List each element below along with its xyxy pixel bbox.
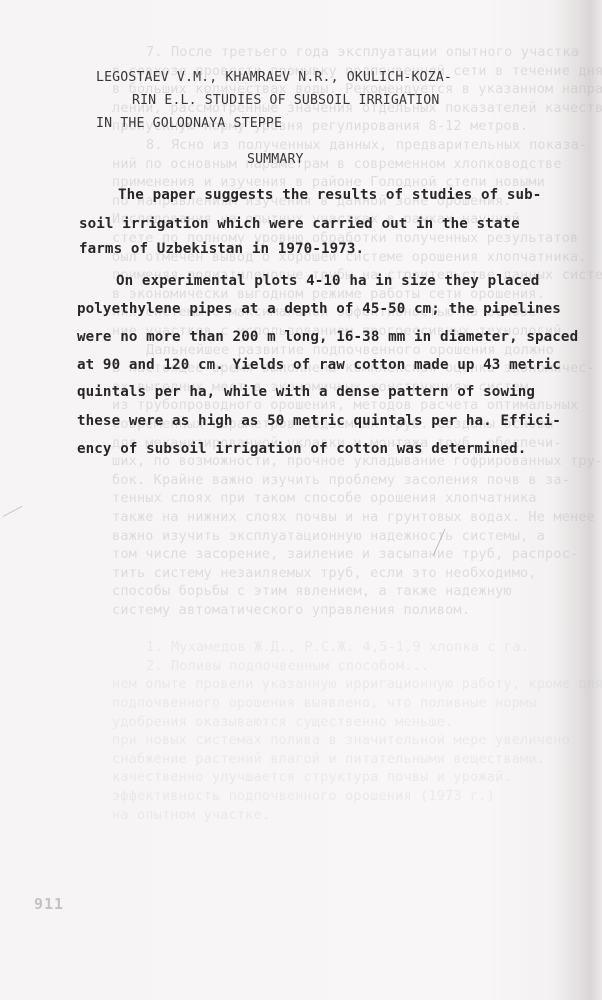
paragraph-line: On experimental plots 4-10 ha in size th… — [116, 273, 539, 289]
bleed-through-line: эффективность подпочвенного орошения (19… — [112, 788, 495, 804]
paragraph-line: quintals per ha, while with a dense patt… — [77, 384, 535, 400]
bleed-through-line: тить систему незаиляемых труб, если это … — [112, 565, 537, 581]
bleed-through-line: качественно улучшается структура почвы и… — [112, 769, 512, 785]
bleed-through-line: том числе засорение, заиление и засыпани… — [112, 546, 578, 562]
bleed-through-line: способы борьбы с этим явлением, а также … — [112, 583, 512, 599]
pencil-mark — [432, 529, 456, 562]
bleed-through-line: тенных слоях при таком способе орошения … — [112, 490, 537, 506]
bleed-through-line: 7. После третьего года эксплуатации опыт… — [146, 44, 579, 60]
bleed-through-line: систему автоматического управления полив… — [112, 602, 470, 618]
bleed-through-line: подпочвенного орошения выявлено, что пол… — [112, 695, 537, 711]
paragraph-line: polyethylene pipes at a depth of 45-50 c… — [77, 301, 561, 317]
bleed-through-line: 2. Поливы подпочвенным способом... — [146, 658, 429, 674]
bleed-through-line: важно изучить эксплуатационную надежност… — [112, 528, 545, 544]
bleed-through-line: нем опыте провели указанную ирригационну… — [112, 676, 602, 692]
page-number-bleed: 911 — [34, 895, 64, 913]
bleed-through-line: на опытном участке. — [112, 807, 270, 823]
bleed-through-line: ний по основным параметрам в современном… — [112, 156, 562, 172]
bleed-through-line: 8. Ясно из полученных данных, предварите… — [146, 137, 587, 153]
scanned-page: 7. После третьего года эксплуатации опыт… — [0, 0, 602, 1000]
header-line-title-cont: IN THE GOLODNAYA STEPPE — [96, 116, 282, 131]
bleed-through-line: также на нижних слоях почвы и на грунтов… — [112, 509, 595, 525]
paragraph-line: farms of Uzbekistan in 1970-1973. — [79, 241, 364, 257]
bleed-through-line: удобрения оказываются существенно меньше… — [112, 714, 453, 730]
section-title-summary: SUMMARY — [247, 152, 304, 167]
paragraph-line: ency of subsoil irrigation of cotton was… — [77, 441, 526, 457]
header-line-authors: LEGOSTAEV V.M., KHAMRAEV N.R., OKULICH-K… — [96, 70, 452, 85]
bleed-through-line: 1. Мухамедов Ж.Д., Р.С.Ж. 4,5-1,9 хлопка… — [146, 639, 529, 655]
header-line-title: RIN E.L. STUDIES OF SUBSOIL IRRIGATION — [132, 93, 439, 108]
bleed-through-text: 7. После третьего года эксплуатации опыт… — [0, 0, 602, 1000]
bleed-through-line: снабжение растений влагой и питательными… — [112, 751, 545, 767]
paragraph-line: The paper suggests the results of studie… — [118, 187, 541, 203]
pencil-mark — [3, 506, 29, 530]
paragraph-line: at 90 and 120 cm. Yields of raw cotton m… — [77, 357, 561, 373]
paragraph-line: soil irrigation which were carried out i… — [79, 216, 520, 232]
bleed-through-line: при новых системах полива в значительной… — [112, 732, 570, 748]
paragraph-line: these were as high as 50 metric quintals… — [77, 413, 561, 429]
bleed-through-line: бок. Крайне важно изучить проблему засол… — [112, 472, 570, 488]
paragraph-line: were no more than 200 m long, 16-38 mm i… — [77, 329, 578, 345]
